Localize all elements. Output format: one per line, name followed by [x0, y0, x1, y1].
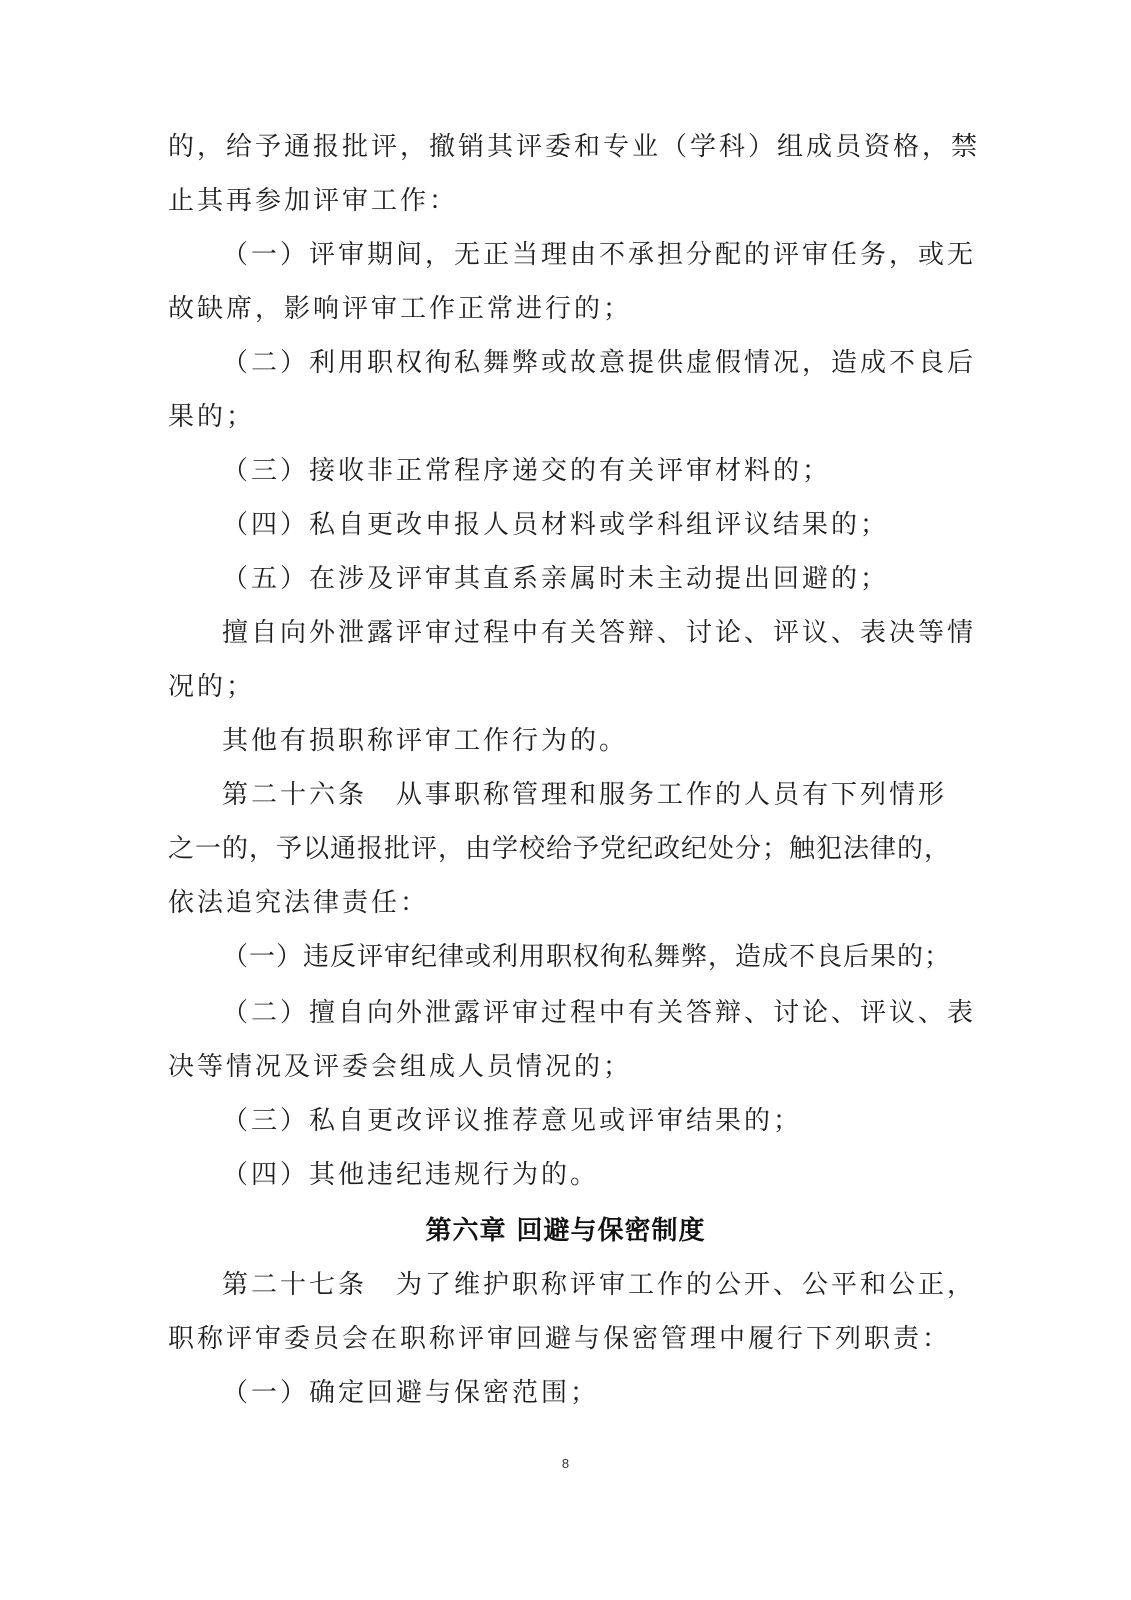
text-line: （二）利用职权徇私舞弊或故意提供虚假情况，造成不良后	[222, 346, 1002, 380]
text-line: 的，给予通报批评，撤销其评委和专业（学科）组成员资格，禁	[168, 130, 948, 164]
text-line: 擅自向外泄露评审过程中有关答辩、讨论、评议、表决等情	[222, 616, 1002, 650]
article-26-start: 第二十六条 从事职称管理和服务工作的人员有下列情形	[222, 778, 1002, 812]
text-line: （一）评审期间，无正当理由不承担分配的评审任务，或无	[222, 238, 1002, 272]
text-line: 依法追究法律责任：	[168, 886, 948, 920]
text-line: （一）确定回避与保密范围；	[222, 1376, 1002, 1410]
text-line: （四）私自更改申报人员材料或学科组评议结果的；	[222, 508, 1002, 542]
text-line: 之一的，予以通报批评，由学校给予党纪政纪处分；触犯法律的，	[168, 832, 948, 866]
text-line: （四）其他违纪违规行为的。	[222, 1158, 1002, 1192]
text-line: 止其再参加评审工作：	[168, 184, 948, 218]
text-line: （二）擅自向外泄露评审过程中有关答辩、讨论、评议、表	[222, 996, 1002, 1030]
text-line: （三）接收非正常程序递交的有关评审材料的；	[222, 454, 1002, 488]
page-number: 8	[0, 1456, 1131, 1471]
text-line: （一）违反评审纪律或利用职权徇私舞弊，造成不良后果的；	[222, 940, 1002, 974]
document-page: 的，给予通报批评，撤销其评委和专业（学科）组成员资格，禁 止其再参加评审工作： …	[0, 0, 1131, 1600]
text-line: （五）在涉及评审其直系亲属时未主动提出回避的；	[222, 562, 1002, 596]
text-line: 况的；	[168, 670, 948, 704]
text-line: 职称评审委员会在职称评审回避与保密管理中履行下列职责：	[168, 1322, 948, 1356]
chapter-heading: 第六章 回避与保密制度	[0, 1214, 1131, 1248]
text-line: 其他有损职称评审工作行为的。	[222, 724, 1002, 758]
text-line: （三）私自更改评议推荐意见或评审结果的；	[222, 1104, 1002, 1138]
article-27-start: 第二十七条 为了维护职称评审工作的公开、公平和公正，	[222, 1268, 1002, 1302]
text-line: 果的；	[168, 400, 948, 434]
text-line: 决等情况及评委会组成人员情况的；	[168, 1050, 948, 1084]
text-line: 故缺席，影响评审工作正常进行的；	[168, 292, 948, 326]
